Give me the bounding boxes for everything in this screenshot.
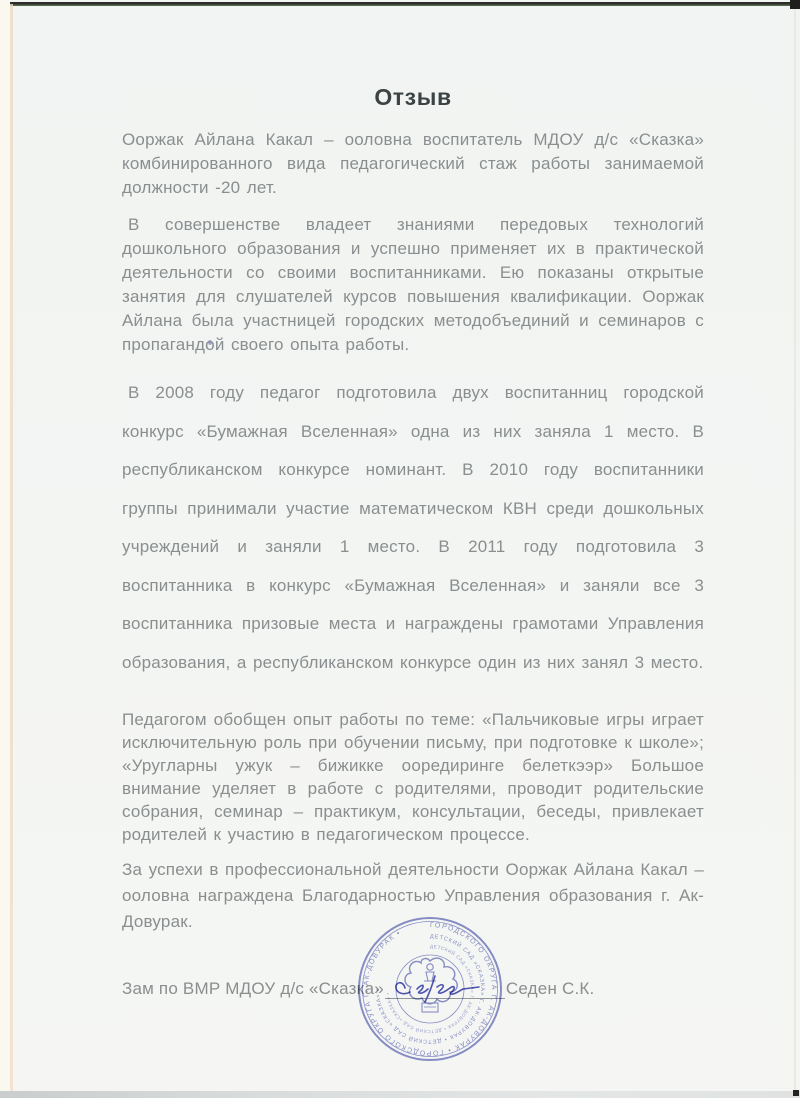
scan-corner-mark (790, 0, 800, 9)
scan-edge-top-line (6, 2, 800, 6)
scan-paper-edge-right (794, 9, 796, 1091)
scan-paper-edge-left (10, 4, 13, 1098)
paragraph-skills: В совершенстве владеет знаниями передовы… (122, 213, 704, 357)
svg-text:ДЕТСКИЙ САД «СКАЗКА» Г. АК-ДОВ: ДЕТСКИЙ САД «СКАЗКА» Г. АК-ДОВУРАК • ДЕТ… (385, 944, 475, 1034)
scanned-page: Отзыв Ооржак Айлана Какал – ооловна восп… (0, 0, 800, 1098)
official-stamp: ГОРОДСКОГО ОКРУГА Г. АК-ДОВУРАК • ГОРОДС… (352, 911, 508, 1067)
scan-edge-left-margin (0, 0, 10, 1098)
stamp-inner-text: ДЕТСКИЙ САД «СКАЗКА» Г. АК-ДОВУРАК • ДЕТ… (385, 944, 475, 1034)
scan-bottom-dot (793, 1090, 799, 1096)
scan-edge-bottom-strip (0, 1091, 800, 1098)
svg-text:ГОРОДСКОГО ОКРУГА Г. АК-ДОВУРА: ГОРОДСКОГО ОКРУГА Г. АК-ДОВУРАК • ГОРОДС… (363, 922, 497, 1056)
document-body: Отзыв Ооржак Айлана Какал – ооловна восп… (122, 84, 704, 935)
stamp-outer-text: ГОРОДСКОГО ОКРУГА Г. АК-ДОВУРАК • ГОРОДС… (363, 922, 497, 1056)
page-title: Отзыв (122, 84, 704, 111)
signature-name: Седен С.К. (506, 979, 594, 999)
paragraph-achievements: В 2008 году педагог подготовила двух вос… (122, 374, 704, 682)
stamp-middle-text: ДЕТСКИЙ САД «СКАЗКА» Г. АК-ДОВУРАК • ДЕТ… (375, 934, 485, 1044)
svg-text:ДЕТСКИЙ САД «СКАЗКА» Г. АК-ДОВ: ДЕТСКИЙ САД «СКАЗКА» Г. АК-ДОВУРАК • ДЕТ… (375, 934, 485, 1044)
signature-label: Зам по ВМР МДОУ д/с «Сказка» (122, 979, 384, 999)
paragraph-experience: Педагогом обобщен опыт работы по теме: «… (122, 708, 704, 846)
paragraph-intro: Ооржак Айлана Какал – ооловна воспитател… (122, 128, 704, 200)
